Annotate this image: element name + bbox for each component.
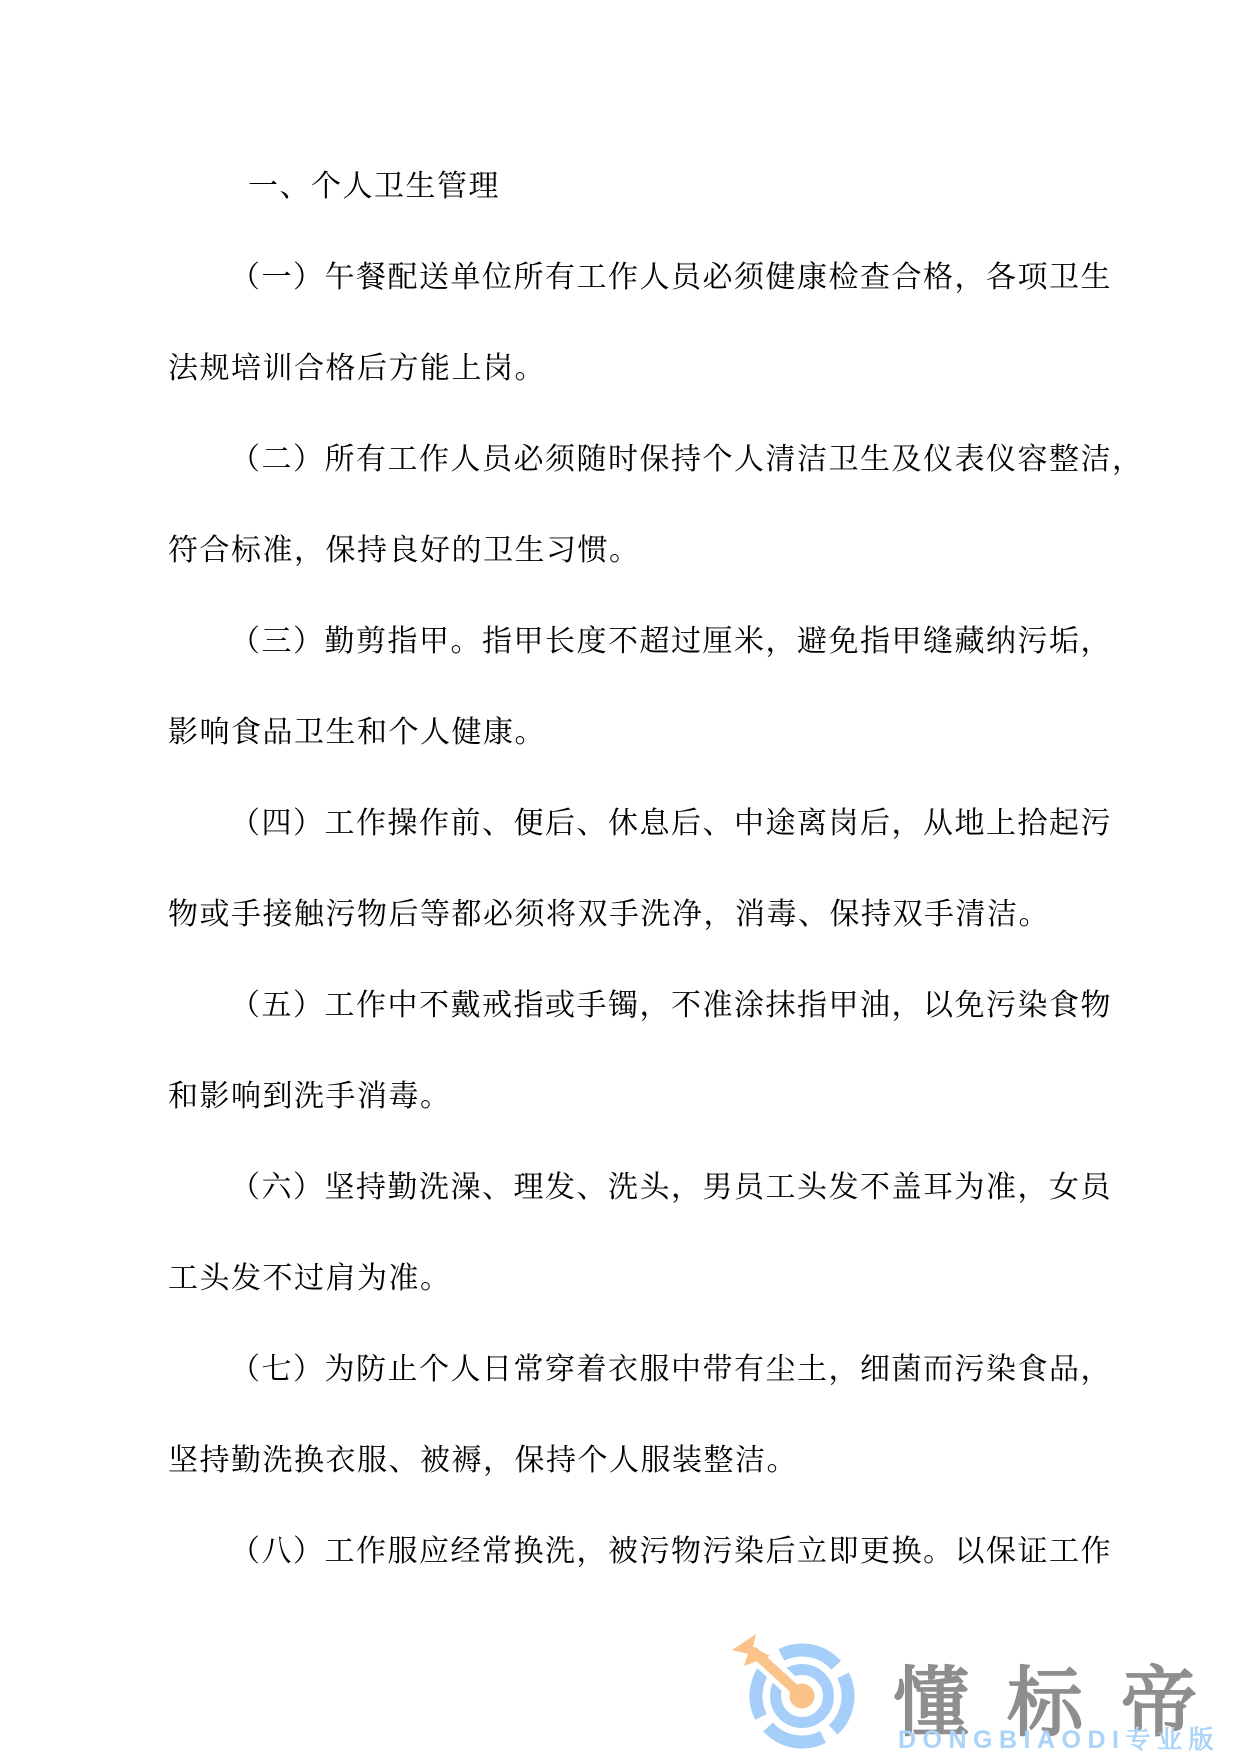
paragraph-line: 物或手接触污物后等都必须将双手洗净，消毒、保持双手清洁。 <box>168 869 1108 960</box>
paragraph-line: （四）工作操作前、便后、休息后、中途离岗后，从地上拾起污 <box>168 778 1108 869</box>
paragraph-line: （二）所有工作人员必须随时保持个人清洁卫生及仪表仪容整洁， <box>168 414 1108 505</box>
document-page: 一、个人卫生管理 （一）午餐配送单位所有工作人员必须健康检查合格，各项卫生 法规… <box>0 0 1241 1754</box>
paragraph-line: 坚持勤洗换衣服、被褥，保持个人服装整洁。 <box>168 1415 1108 1506</box>
paragraph-line: 法规培训合格后方能上岗。 <box>168 323 1108 414</box>
paragraph-line: 影响食品卫生和个人健康。 <box>168 687 1108 778</box>
paragraph-line: 和影响到洗手消毒。 <box>168 1051 1108 1142</box>
brand-latin: DONGBIAODI <box>898 1726 1126 1754</box>
paragraph-line: 符合标准，保持良好的卫生习惯。 <box>168 505 1108 596</box>
document-body: 一、个人卫生管理 （一）午餐配送单位所有工作人员必须健康检查合格，各项卫生 法规… <box>168 141 1108 1597</box>
paragraph-line: （一）午餐配送单位所有工作人员必须健康检查合格，各项卫生 <box>168 232 1108 323</box>
brand-name-en: DONGBIAODI专业版 <box>898 1720 1220 1754</box>
paragraph-line: 工头发不过肩为准。 <box>168 1233 1108 1324</box>
paragraph-line: （七）为防止个人日常穿着衣服中带有尘土，细菌而污染食品， <box>168 1324 1108 1415</box>
brand-edition: 专业版 <box>1126 1726 1221 1754</box>
dongbiaodi-logo-icon <box>726 1632 856 1754</box>
paragraph-line: （六）坚持勤洗澡、理发、洗头，男员工头发不盖耳为准，女员 <box>168 1142 1108 1233</box>
paragraph-line: （八）工作服应经常换洗，被污物污染后立即更换。以保证工作 <box>168 1506 1108 1597</box>
section-heading: 一、个人卫生管理 <box>168 141 1108 232</box>
paragraph-line: （五）工作中不戴戒指或手镯，不准涂抹指甲油，以免污染食物 <box>168 960 1108 1051</box>
paragraph-line: （三）勤剪指甲。指甲长度不超过厘米，避免指甲缝藏纳污垢， <box>168 596 1108 687</box>
